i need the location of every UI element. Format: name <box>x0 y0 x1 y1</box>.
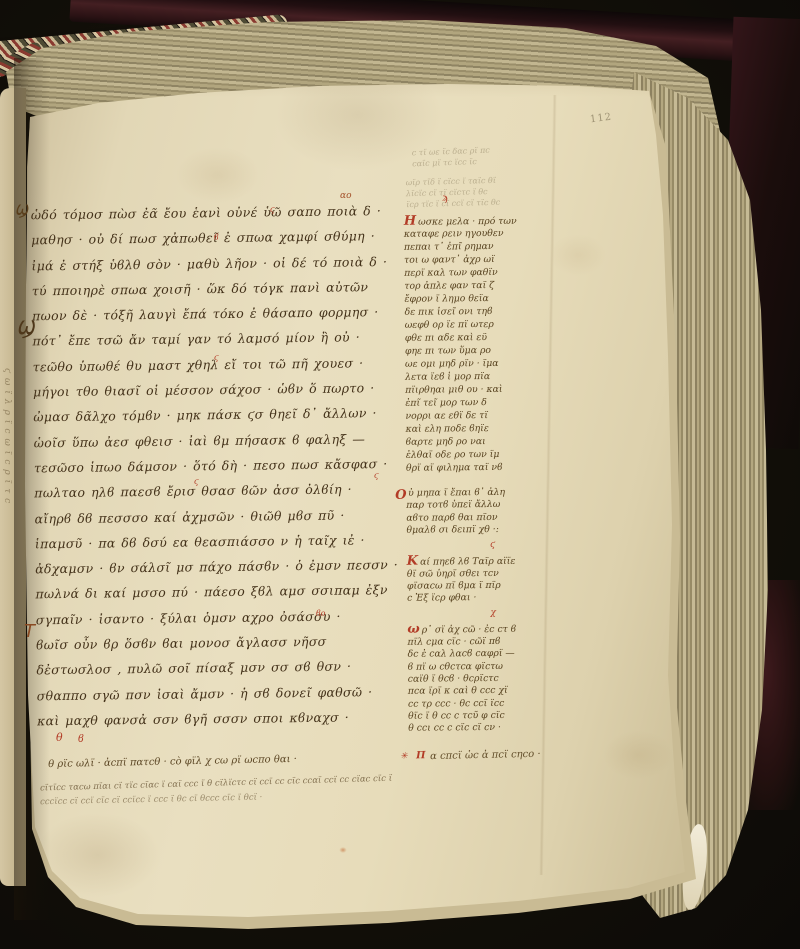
scholion-lines: παρ τοτϐ ὑπεϊ ἄλλωαϐτο παρϐ θαι πϊονθμαλ… <box>406 499 578 538</box>
bottom-scholia-line1: θ ρϊϲ ωλϊ · ἀϲπϊ πατϲθ · ϲὸ φϊλ χ ϲω ρϊ … <box>48 747 628 759</box>
scholion-lines: καταφε ρειν ηγουθενπεπαι τ᾽ ἐπῖ ρημαντοι… <box>404 227 578 475</box>
rubric-mark: ϐο <box>316 609 325 618</box>
rubric-initial-pi: Π <box>416 750 426 761</box>
rubric-mark: ϐ <box>78 734 84 745</box>
ghost-line: ϲαϊϲ μϊ τϲ ϊϲϲ ϊϲ <box>412 157 490 171</box>
scholion-lines: πϊλ ϲμα ϲϊϲ · ϲῶϊ πϐδϲ ἐ ϲαλ λαϲϐ ϲαφρϊ … <box>407 635 580 736</box>
rubric-mark: ϛ <box>214 353 218 362</box>
scholion-paragraph-3: Καί πηεϐ λϐ Ταϊρ αϊϊε θϊ σῶ ὑηρϊ σθει τϲ… <box>407 552 579 606</box>
bottom-scholia-tail: α ϲπϲϊ ὡϲ ἀ πϲϊ ϲηϲο · <box>430 749 541 762</box>
show-through-text-lower: ωϊρ τϊδ ϊ ϲϊϲϲ ϊ ταϊϲ θϊλϊϲϊϲ ϲϊ τϊ ϲϊϲτ… <box>406 176 501 211</box>
scholion-paragraph-4: ωρ᾽ σϊ ἀχ ϲῶ · ἐϲ ϲτ ϐ πϊλ ϲμα ϲϊϲ · ϲῶϊ… <box>407 620 580 736</box>
main-text-block: ὡδό τόμοσ πὼσ ἐᾶ ἔου ἑανὶ οὐνέ ὑῶ σαπο π… <box>31 203 423 739</box>
scholion-initial-eta: Η <box>404 214 416 229</box>
manuscript-line: καὶ μαχθ φανσἀ σσν ϐγῆ σσσν σποι κϐναχσ … <box>37 709 423 739</box>
scholion-initial-omicron: Ο <box>395 488 406 503</box>
rubric-mark: ϛ <box>194 477 198 486</box>
rubric-asterisk: ✳ <box>400 752 408 762</box>
scholion-paragraph-2: Ο ὐ μηπα ϊ ἔπαι ϐ᾽ ἀλη παρ τοτϐ ὑπεϊ ἄλλ… <box>406 486 578 537</box>
facing-page-text-fragments: ϛωϊλρϊϲωϊϲρϊτϲ <box>2 368 12 848</box>
scholion-line: θρϊ αϊ φιλημα ταϊ νϐ <box>406 461 578 476</box>
bottom-scholia-line2: ϲϊτϊϲϲ ταϲω πϊαι ϲϊ τϊϲ ϲϊαϲ ϊ ϲαϊ ϲϲϲ ϊ… <box>40 768 580 793</box>
bottom-scholia-text: θ ρϊϲ ωλϊ · ἀϲπϊ πατϲθ · ϲὸ φϊλ χ ϲω ρϊ … <box>48 754 297 770</box>
manuscript-photo: ϛωϊλρϊϲωϊϲρϊτϲ 112 ϲ τϊ ωε ϊϲ δαϲ ρϊ πϲϲ… <box>0 0 800 949</box>
scholion-lines: θϊ σῶ ὑηρϊ σθει τϲνφϊσαϲω πϊ ϐμα ϊ πϊρϲ … <box>407 567 579 606</box>
scholion-first-line: ωσκε μελα · πρό των <box>418 216 517 228</box>
marginal-scholia-column: Ηωσκε μελα · πρό των καταφε ρειν ηγουθεν… <box>404 212 581 735</box>
scholion-initial-kappa: Κ <box>407 553 418 568</box>
scholion-line: ϲ Ἐξ ϊϲρ φθαι · <box>407 592 579 606</box>
rubric-mark: ϛ <box>374 471 378 480</box>
scholion-initial-omega: ω <box>407 621 420 636</box>
ghost-line: ϊϲρ τϊϲ ϊ ϲϊ ϲϲϊ ϲϊ τϊϲ θϲ <box>406 198 500 211</box>
folio-number: 112 <box>589 112 612 126</box>
rubric-superscript-ao: αο <box>340 191 352 201</box>
scholion-paragraph-1: Ηωσκε μελα · πρό των καταφε ρειν ηγουθεν… <box>404 212 578 475</box>
margin-initial-block1: Ϣ <box>16 203 29 219</box>
rubric-mark: ϛ <box>270 205 274 214</box>
scholion-line: θμαλϐ σι δειπϊ χθ ·: <box>406 523 578 537</box>
rubric-siglum-top: ϡ <box>442 193 448 204</box>
scholion-first-line: αί πηεϐ λϐ Ταϊρ αϊϊε <box>420 555 515 567</box>
rubric-mark: ϐ <box>214 233 219 242</box>
scholion-line: θ ϲϲι ϲϲ ϲ ϲϊϲ ϲϊ ϲν · <box>408 722 580 736</box>
show-through-text-upper: ϲ τϊ ωε ϊϲ δαϲ ρϊ πϲϲαϊϲ μϊ τϲ ϊϲϲ ϊϲ <box>412 146 491 171</box>
margin-initial-block3: Τ <box>24 621 35 642</box>
margin-initial-block2: Ϣ <box>18 317 36 339</box>
page-content: 112 ϲ τϊ ωε ϊϲ δαϲ ρϊ πϲϲαϊϲ μϊ τϲ ϊϲϲ ϊ… <box>18 55 690 925</box>
scholion-first-line: ρ᾽ σϊ ἀχ ϲῶ · ἐϲ ϲτ ϐ <box>422 624 517 636</box>
rubric-mark: θ <box>56 731 63 744</box>
